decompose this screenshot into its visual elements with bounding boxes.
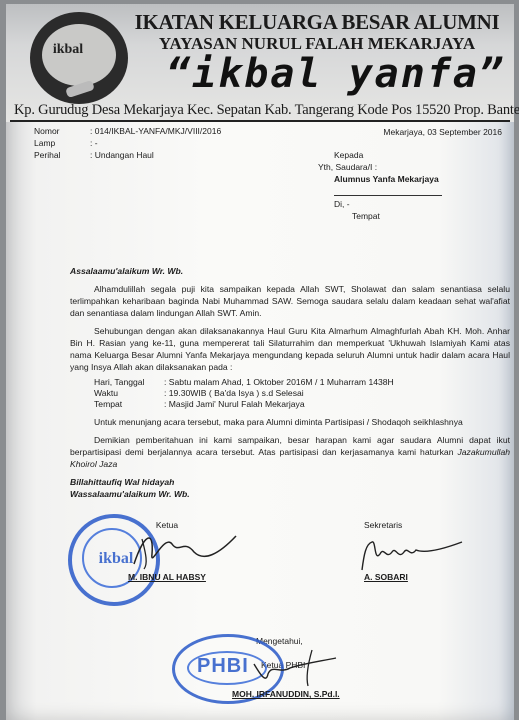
meta-row: Nomor: 014/IKBAL-YANFA/MKJ/VIII/2016: [34, 125, 221, 137]
paragraph: Untuk menunjang acara tersebut, maka par…: [70, 416, 510, 428]
signer-name: MOH. IRFANUDDIN, S.Pd.I.: [232, 689, 340, 699]
header-rule: [10, 120, 510, 122]
address: Kp. Gurudug Desa Mekarjaya Kec. Sepatan …: [14, 102, 509, 119]
closing: Billahittaufiq Wal hidayah: [70, 476, 510, 488]
place-date: Mekarjaya, 03 September 2016: [383, 127, 502, 137]
paragraph: Sehubungan dengan akan dilaksanakannya H…: [70, 325, 510, 373]
greeting: Assalaamu'alaikum Wr. Wb.: [70, 265, 510, 277]
letter-body: Assalaamu'alaikum Wr. Wb. Alhamdulillah …: [70, 265, 510, 500]
letterhead: ikbal IKATAN KELUARGA BESAR ALUMNI YAYAS…: [6, 4, 514, 122]
signature-icon: [246, 644, 346, 694]
meta-row: Lamp: -: [34, 137, 221, 149]
signature-icon: [356, 534, 466, 574]
signature-icon: [124, 524, 244, 574]
paragraph: Alhamdulillah segala puji kita sampaikan…: [70, 283, 510, 319]
brand-name: “ikbal yanfa”: [166, 52, 486, 96]
recipient-block: Kepada Yth, Saudara/I : Alumnus Yanfa Me…: [318, 149, 442, 222]
recipient-name: Alumnus Yanfa Mekarjaya: [318, 173, 442, 185]
letter-page: ikbal IKATAN KELUARGA BESAR ALUMNI YAYAS…: [6, 4, 514, 720]
recipient-line: [334, 195, 442, 196]
organization-logo-icon: ikbal: [30, 12, 128, 104]
org-title: IKATAN KELUARGA BESAR ALUMNI: [131, 10, 503, 35]
letter-meta: Nomor: 014/IKBAL-YANFA/MKJ/VIII/2016 Lam…: [34, 125, 221, 161]
paragraph: Demikian pemberitahuan ini kami sampaika…: [70, 434, 510, 470]
event-details: Hari, Tanggal: Sabtu malam Ahad, 1 Oktob…: [94, 377, 510, 410]
meta-row: Perihal: Undangan Haul: [34, 149, 221, 161]
logo-text: ikbal: [48, 42, 88, 58]
closing: Wassalaamu'alaikum Wr. Wb.: [70, 488, 510, 500]
